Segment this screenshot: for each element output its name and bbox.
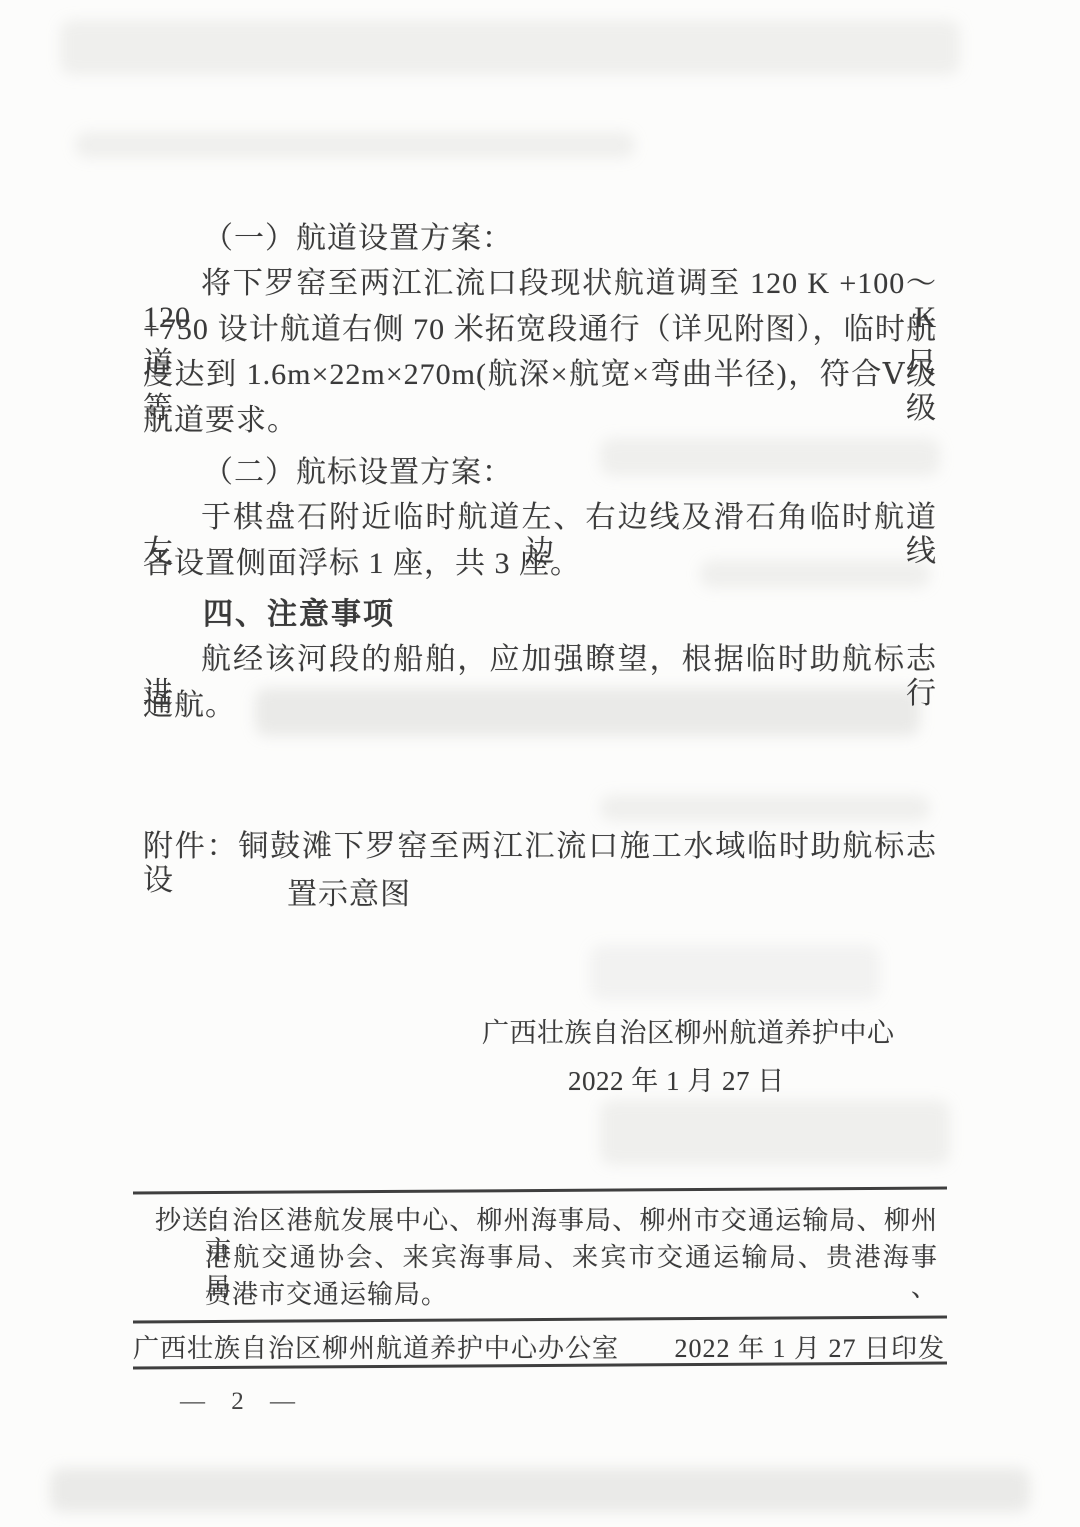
body-line: 航道要求。	[143, 404, 298, 438]
attachment-line-2: 置示意图	[287, 878, 411, 912]
body-line: 通航。	[143, 689, 236, 723]
body-line: 航经该河段的船舶，应加强瞭望，根据临时助航标志进行	[143, 643, 937, 711]
scan-artifact	[590, 945, 880, 1000]
section-4-heading: 四、注意事项	[203, 598, 395, 632]
scan-artifact	[600, 438, 940, 476]
divider-rule-middle	[133, 1316, 947, 1324]
page-number: — 2 —	[180, 1388, 301, 1416]
signature-date: 2022 年 1 月 27 日	[568, 1064, 785, 1098]
scan-artifact	[600, 1100, 950, 1165]
issuer-office: 广西壮族自治区柳州航道养护中心办公室	[133, 1328, 619, 1365]
scan-artifact	[60, 20, 960, 75]
cc-line: 贵港市交通运输局。	[205, 1280, 448, 1310]
print-date: 2022 年 1 月 27 日印发	[674, 1328, 945, 1365]
subsection-1-heading: （一）航道设置方案：	[203, 222, 513, 256]
scan-artifact	[75, 132, 635, 158]
issuer-row: 广西壮族自治区柳州航道养护中心办公室 2022 年 1 月 27 日印发	[133, 1328, 945, 1365]
body-line: 各设置侧面浮标 1 座，共 3 座。	[143, 547, 581, 581]
attachment-line-1: 附件：铜鼓滩下罗窑至两江汇流口施工水域临时助航标志设	[143, 830, 937, 898]
scanned-document-page: （一）航道设置方案： 将下罗窑至两江汇流口段现状航道调至 120 K +100～…	[0, 0, 1080, 1527]
scan-artifact	[600, 795, 930, 821]
signature-org: 广西壮族自治区柳州航道养护中心	[482, 1016, 895, 1050]
divider-rule-top	[133, 1187, 947, 1195]
subsection-2-heading: （二）航标设置方案：	[203, 456, 513, 490]
scan-artifact	[50, 1468, 1030, 1512]
